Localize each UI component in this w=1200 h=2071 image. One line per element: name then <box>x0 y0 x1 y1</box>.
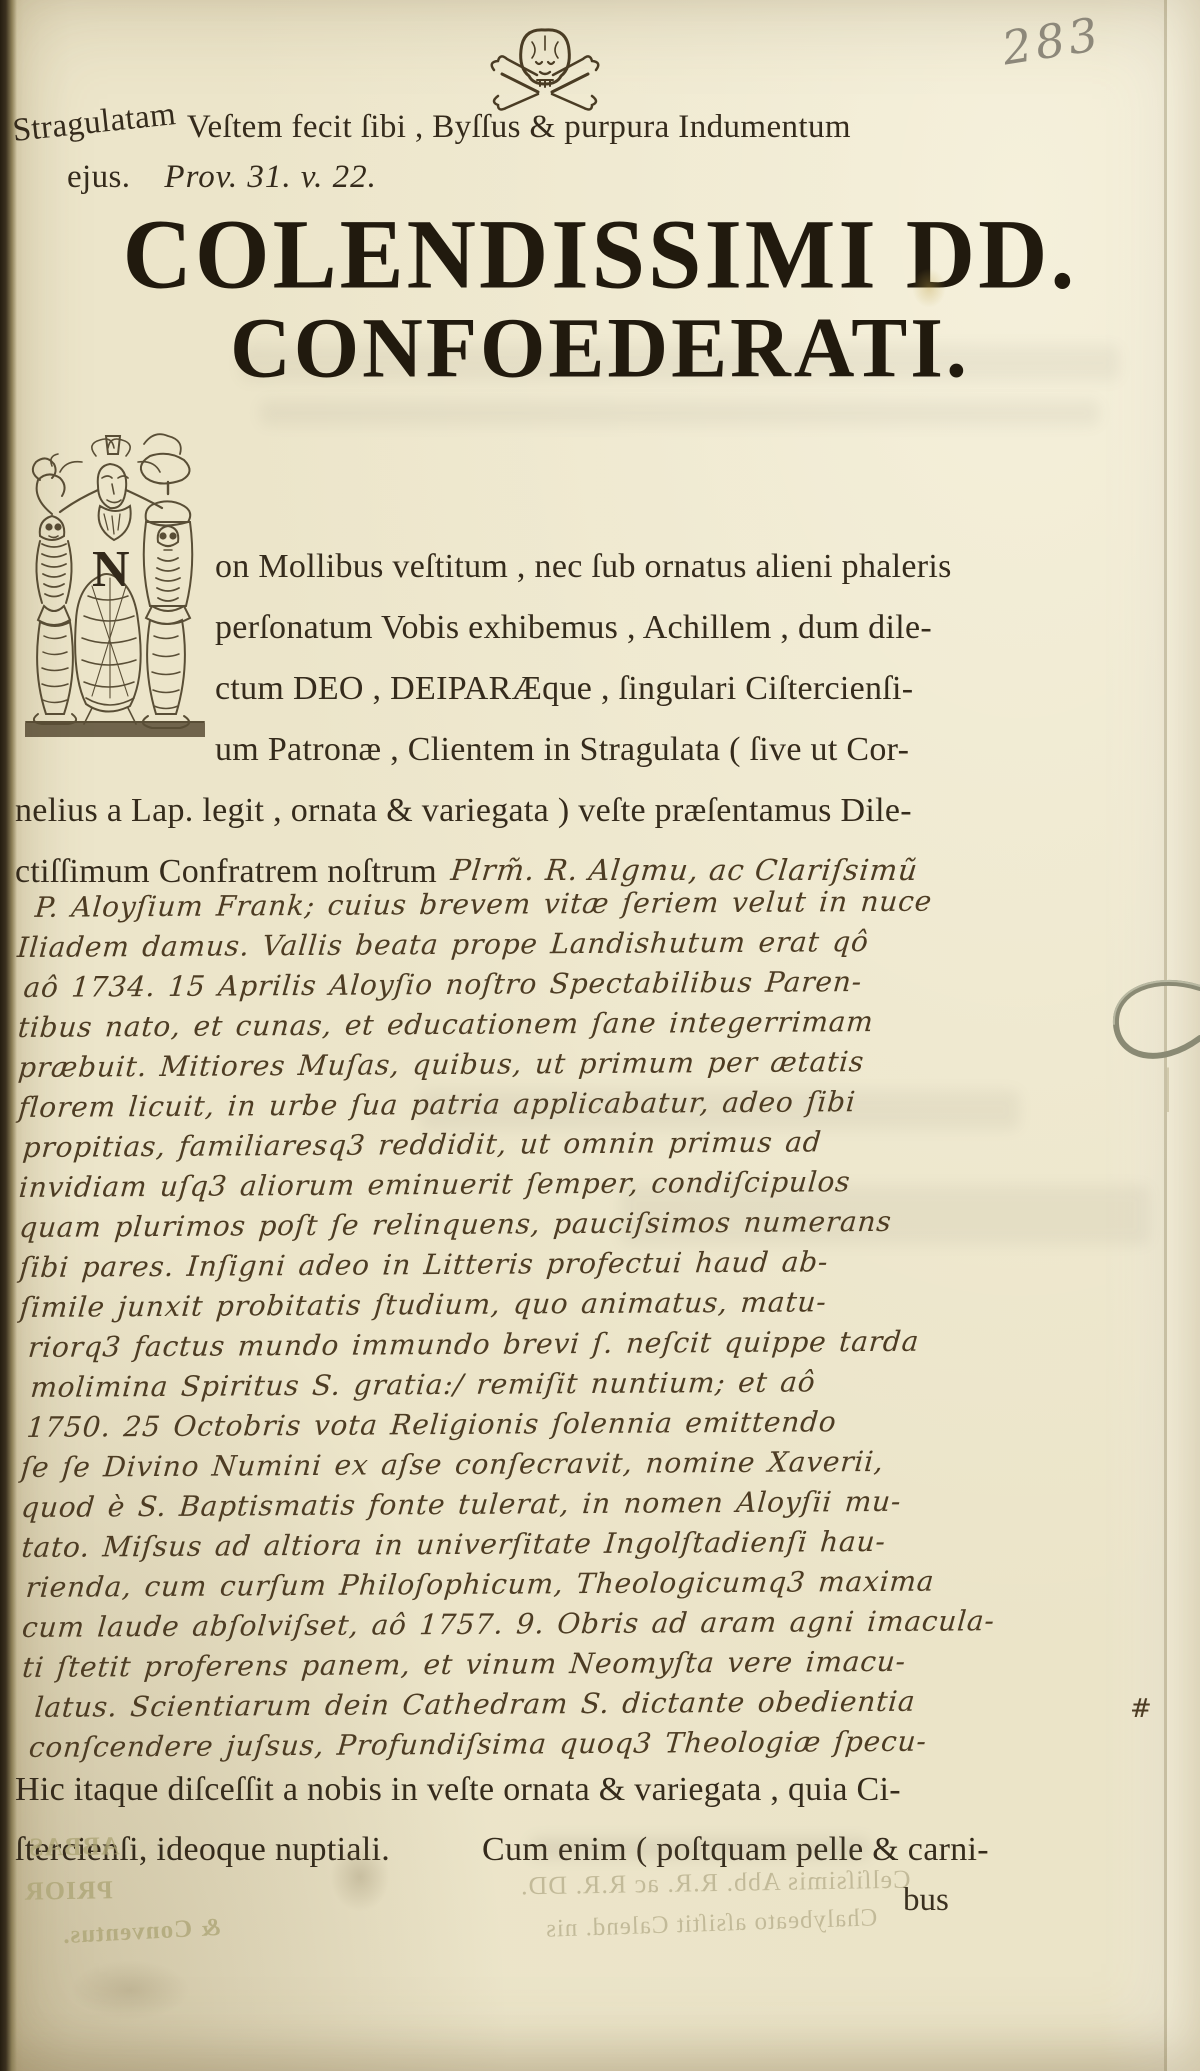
title-line-1: COLENDISSIMI DD. <box>0 202 1200 306</box>
printed-closing: Hic itaque diſceſſit a nobis in veſte or… <box>15 1760 1170 1880</box>
paper-clip <box>1098 972 1200 1112</box>
printed-intro: on Mollibus veſtitum , nec ſub ornatus a… <box>15 536 1166 903</box>
manuscript-end-mark: # <box>1130 1694 1152 1724</box>
title-line-2: CONFOEDERATI. <box>0 303 1200 395</box>
intro-line: on Mollibus veſtitum , nec ſub ornatus a… <box>215 536 1166 597</box>
show-through-text: PRIOR <box>24 1875 113 1907</box>
intro-line: nelius a Lap. legit , ornata & variegata… <box>15 780 1166 841</box>
epigraph-line-1: Stragulatam Veſtem fecit ſibi , Byſſus &… <box>15 102 1135 152</box>
folio-number: 283 <box>998 7 1105 76</box>
epigraph-line-2: ejus.Prov. 31. v. 22. <box>67 152 1135 202</box>
scanned-page: 283 Stragulatam Veſtem fecit ſibi , Byſſ… <box>0 0 1200 2071</box>
intro-line: ctum DEO , DEIPARÆque , ſingulari Ciſter… <box>215 658 1166 719</box>
ghost-band <box>530 1838 870 1858</box>
intro-line: um Patronæ , Clientem in Stragulata ( ſi… <box>215 719 1166 780</box>
page-title: COLENDISSIMI DD. CONFOEDERATI. <box>0 204 1200 394</box>
intro-line: perſonatum Vobis exhibemus , Achillem , … <box>215 597 1166 658</box>
paper-stain <box>70 1960 190 2020</box>
scripture-reference: Prov. 31. v. 22. <box>164 159 376 195</box>
show-through-text: Celſiſsimis Abb. R.R. ac R.R. DD. <box>520 1865 911 1902</box>
ghost-band <box>260 400 1100 426</box>
closing-line-1: Hic itaque diſceſſit a nobis in veſte or… <box>15 1760 1170 1820</box>
show-through-text: Chalybeato aſsiſtit Calend. nis <box>545 1904 878 1944</box>
epigraph: Stragulatam Veſtem fecit ſibi , Byſſus &… <box>15 102 1135 202</box>
show-through-text: & Conventus. <box>61 1914 221 1950</box>
manuscript-body: P. Aloyſium Frank; cuius brevem vitæ ſer… <box>17 880 1163 1768</box>
epigraph-word-first: Stragulatam <box>10 89 178 156</box>
show-through-text: ABBAS <box>28 1831 120 1863</box>
